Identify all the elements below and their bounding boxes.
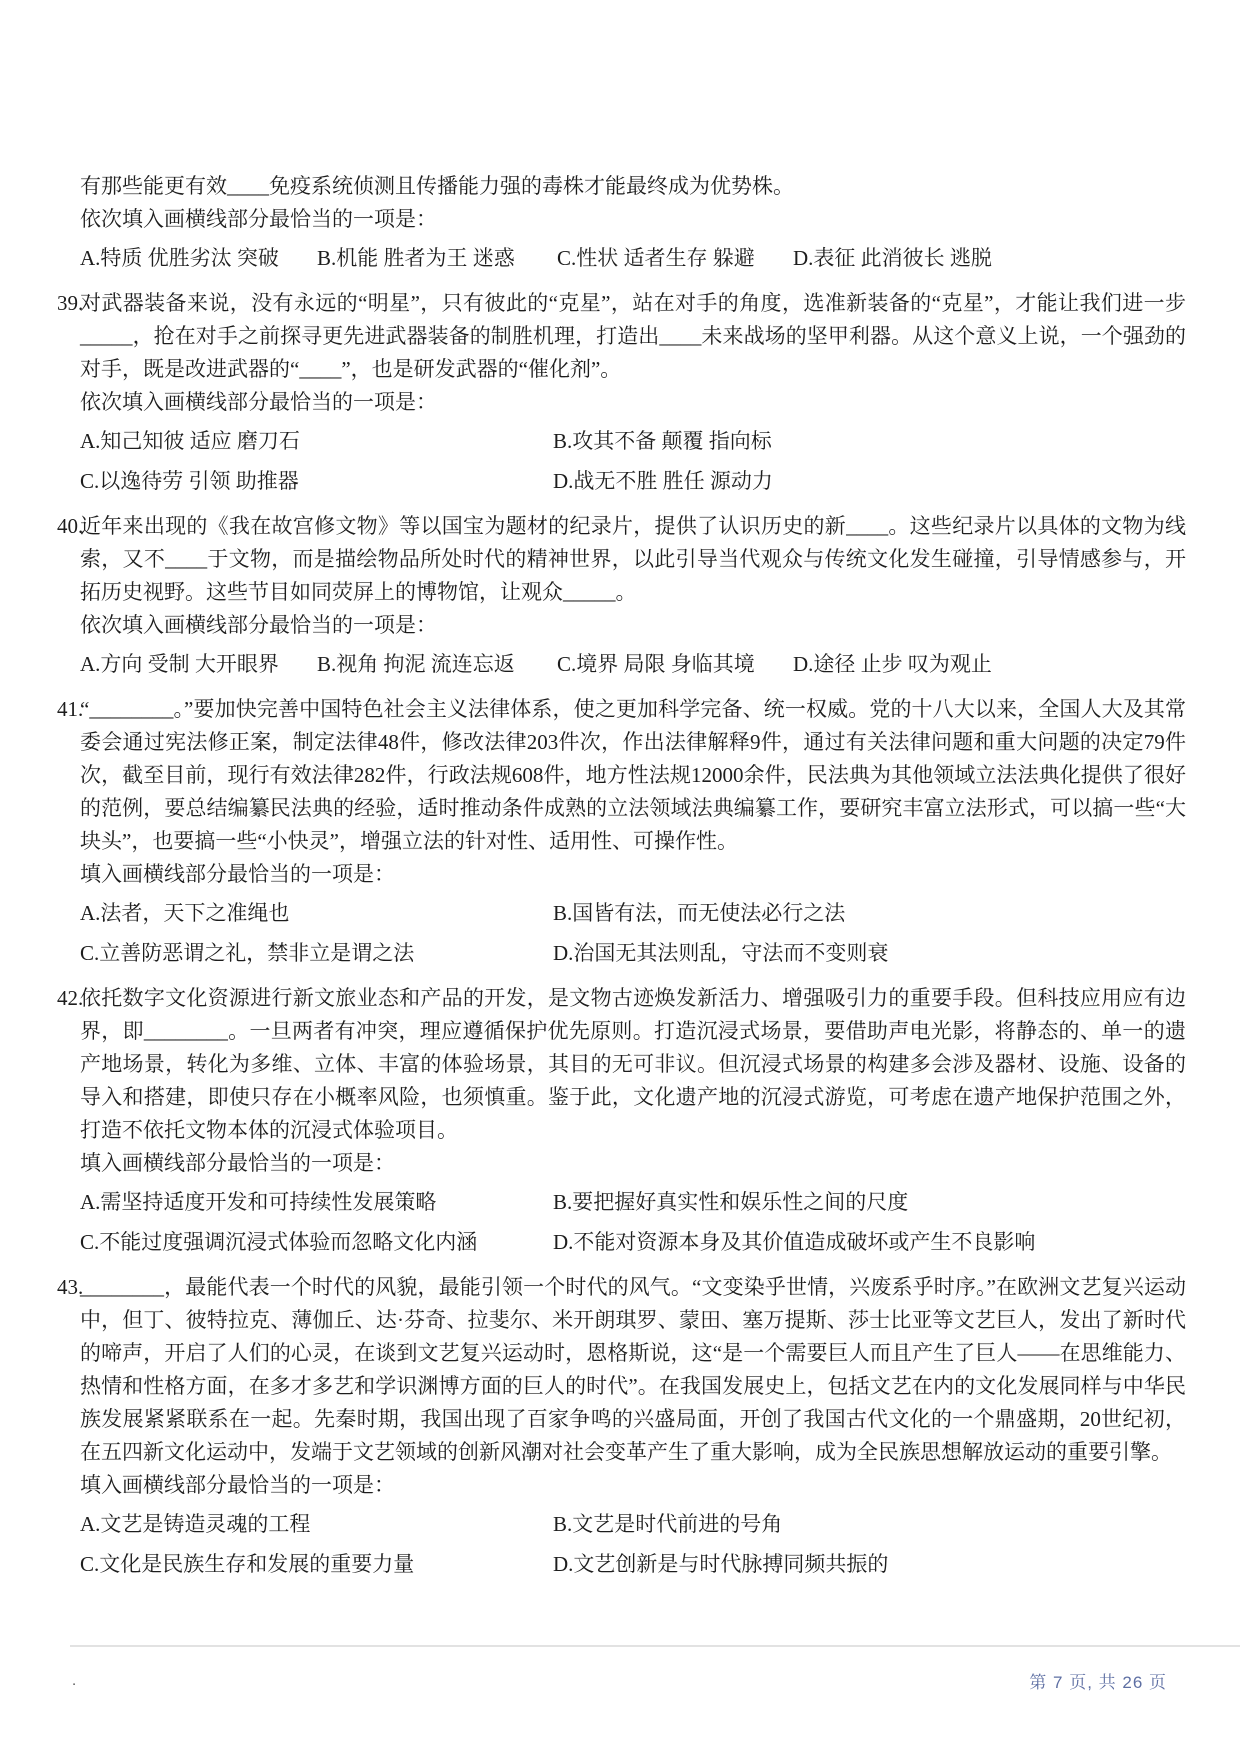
question-number: 42.	[57, 982, 83, 1015]
question-prompt: 依次填入画横线部分最恰当的一项是：	[80, 609, 1186, 642]
option-b: B.国皆有法，而无使法必行之法	[553, 897, 1186, 930]
option-a: A.法者，天下之准绳也	[80, 897, 553, 930]
option-b: B.文艺是时代前进的号角	[553, 1508, 1186, 1541]
option-d: D.战无不胜 胜任 源动力	[553, 465, 1186, 498]
options-row: A.特质 优胜劣汰 突破 B.机能 胜者为王 迷惑 C.性状 适者生存 躲避 D…	[80, 242, 1186, 275]
options-row: A.方向 受制 大开眼界 B.视角 拘泥 流连忘返 C.境界 局限 身临其境 D…	[80, 648, 1186, 681]
question-block-39: 39. 对武器装备来说，没有永远的“明星”，只有彼此的“克星”，站在对手的角度，…	[57, 287, 1186, 498]
footer-page-number: 第 7 页, 共 26 页	[1029, 1668, 1167, 1693]
exam-paper-page: 有那些能更有效____免疫系统侦测且传播能力强的毒株才能最终成为优势株。 依次填…	[0, 0, 1240, 1754]
question-stem: 对武器装备来说，没有永远的“明星”，只有彼此的“克星”，站在对手的角度，选准新装…	[80, 287, 1186, 386]
question-stem: 有那些能更有效____免疫系统侦测且传播能力强的毒株才能最终成为优势株。	[80, 170, 1186, 203]
option-a: A.特质 优胜劣汰 突破	[80, 242, 317, 275]
option-d: D.文艺创新是与时代脉搏同频共振的	[553, 1548, 1186, 1581]
question-prompt: 填入画横线部分最恰当的一项是：	[80, 1147, 1186, 1180]
question-stem: ________，最能代表一个时代的风貌，最能引领一个时代的风气。“文变染乎世情…	[80, 1271, 1186, 1469]
question-number: 40.	[57, 510, 83, 543]
footer-left-mark: .	[72, 1672, 76, 1689]
question-list: 有那些能更有效____免疫系统侦测且传播能力强的毒株才能最终成为优势株。 依次填…	[57, 170, 1186, 1593]
question-block-41: 41. “________。”要加快完善中国特色社会主义法律体系，使之更加科学完…	[57, 693, 1186, 970]
question-prompt: 依次填入画横线部分最恰当的一项是：	[80, 203, 1186, 236]
question-prompt: 依次填入画横线部分最恰当的一项是：	[80, 386, 1186, 419]
question-number: 43.	[57, 1271, 83, 1304]
question-number: 39.	[57, 287, 83, 320]
option-b: B.攻其不备 颠覆 指向标	[553, 425, 1186, 458]
question-stem: “________。”要加快完善中国特色社会主义法律体系，使之更加科学完备、统一…	[80, 693, 1186, 858]
question-block-40: 40. 近年来出现的《我在故宫修文物》等以国宝为题材的纪录片，提供了认识历史的新…	[57, 510, 1186, 681]
question-prompt: 填入画横线部分最恰当的一项是：	[80, 858, 1186, 891]
question-block-38-continued: 有那些能更有效____免疫系统侦测且传播能力强的毒株才能最终成为优势株。 依次填…	[57, 170, 1186, 275]
question-stem: 依托数字文化资源进行新文旅业态和产品的开发，是文物古迹焕发新活力、增强吸引力的重…	[80, 982, 1186, 1147]
option-d: D.治国无其法则乱，守法而不变则衰	[553, 937, 1186, 970]
option-d: D.途径 止步 叹为观止	[793, 648, 1186, 681]
option-d: D.不能对资源本身及其价值造成破坏或产生不良影响	[553, 1226, 1186, 1259]
option-c: C.文化是民族生存和发展的重要力量	[80, 1548, 553, 1581]
question-block-43: 43. ________，最能代表一个时代的风貌，最能引领一个时代的风气。“文变…	[57, 1271, 1186, 1581]
options-grid: A.需坚持适度开发和可持续性发展策略 B.要把握好真实性和娱乐性之间的尺度 C.…	[80, 1186, 1186, 1259]
question-prompt: 填入画横线部分最恰当的一项是：	[80, 1469, 1186, 1502]
option-b: B.机能 胜者为王 迷惑	[317, 242, 557, 275]
option-c: C.立善防恶谓之礼，禁非立是谓之法	[80, 937, 553, 970]
question-stem: 近年来出现的《我在故宫修文物》等以国宝为题材的纪录片，提供了认识历史的新____…	[80, 510, 1186, 609]
option-a: A.文艺是铸造灵魂的工程	[80, 1508, 553, 1541]
question-number: 41.	[57, 693, 83, 726]
option-b: B.要把握好真实性和娱乐性之间的尺度	[553, 1186, 1186, 1219]
options-grid: A.法者，天下之准绳也 B.国皆有法，而无使法必行之法 C.立善防恶谓之礼，禁非…	[80, 897, 1186, 970]
option-d: D.表征 此消彼长 逃脱	[793, 242, 1186, 275]
options-grid: A.知己知彼 适应 磨刀石 B.攻其不备 颠覆 指向标 C.以逸待劳 引领 助推…	[80, 425, 1186, 498]
option-c: C.境界 局限 身临其境	[557, 648, 793, 681]
option-c: C.性状 适者生存 躲避	[557, 242, 793, 275]
option-a: A.需坚持适度开发和可持续性发展策略	[80, 1186, 553, 1219]
option-a: A.方向 受制 大开眼界	[80, 648, 317, 681]
option-b: B.视角 拘泥 流连忘返	[317, 648, 557, 681]
question-block-42: 42. 依托数字文化资源进行新文旅业态和产品的开发，是文物古迹焕发新活力、增强吸…	[57, 982, 1186, 1259]
options-grid: A.文艺是铸造灵魂的工程 B.文艺是时代前进的号角 C.文化是民族生存和发展的重…	[80, 1508, 1186, 1581]
footer-divider	[70, 1645, 1240, 1647]
option-c: C.不能过度强调沉浸式体验而忽略文化内涵	[80, 1226, 553, 1259]
option-c: C.以逸待劳 引领 助推器	[80, 465, 553, 498]
option-a: A.知己知彼 适应 磨刀石	[80, 425, 553, 458]
